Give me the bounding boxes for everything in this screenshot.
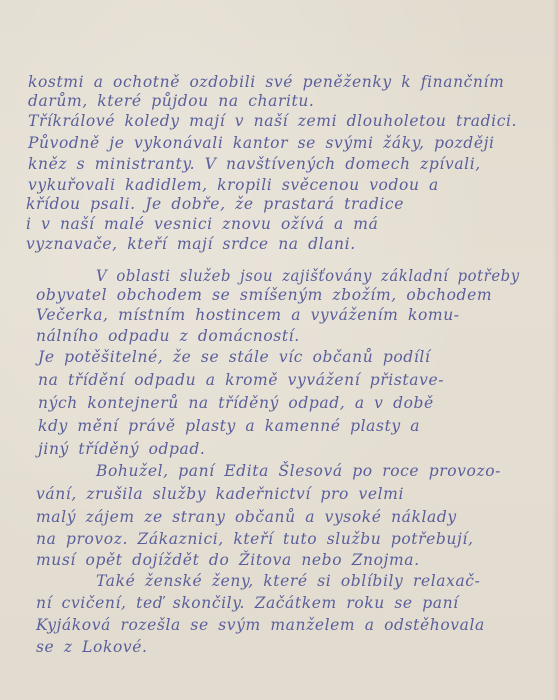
- text-line: vání, zrušila služby kadeřnictví pro vel…: [36, 487, 404, 503]
- text-line: vyznavače, kteří mají srdce na dlani.: [26, 237, 356, 253]
- text-line: kněz s ministranty. V navštívených domec…: [28, 157, 481, 173]
- handwritten-page: kostmi a ochotně ozdobili své peněženky …: [0, 0, 558, 700]
- text-line: Původně je vykonávali kantor se svými žá…: [28, 136, 495, 152]
- text-line: na provoz. Zákaznici, kteří tuto službu …: [36, 532, 474, 548]
- text-line: křídou psali. Je dobře, že prastará trad…: [26, 197, 404, 213]
- text-line: kdy mění právě plasty a kamenné plasty a: [38, 419, 420, 435]
- text-line: se z Lokové.: [36, 640, 148, 656]
- text-line: ných kontejnerů na tříděný odpad, a v do…: [38, 396, 434, 412]
- text-line: nálního odpadu z domácností.: [36, 329, 300, 345]
- text-line: Večerka, místním hostincem a vyvážením k…: [36, 308, 460, 324]
- text-line: Je potěšitelné, že se stále víc občanů p…: [38, 350, 431, 366]
- text-line: vykuřovali kadidlem, kropili svěcenou vo…: [28, 178, 439, 194]
- text-line: ní cvičení, teď skončily. Začátkem roku …: [36, 596, 459, 612]
- text-line: musí opět dojíždět do Žitova nebo Znojma…: [36, 553, 420, 569]
- text-line: obyvatel obchodem se smíšeným zbožím, ob…: [36, 288, 492, 304]
- text-line: jiný tříděný odpad.: [38, 442, 205, 458]
- text-line: Také ženské ženy, které si oblíbily rela…: [96, 574, 480, 590]
- text-line: Kyjáková rozešla se svým manželem a odst…: [36, 618, 485, 634]
- text-line: darům, které půjdou na charitu.: [28, 94, 314, 110]
- page-edge-shadow: [552, 0, 558, 700]
- text-line: na třídění odpadu a kromě vyvážení přist…: [38, 373, 444, 389]
- text-line: kostmi a ochotně ozdobili své peněženky …: [28, 75, 504, 91]
- text-line: malý zájem ze strany občanů a vysoké nák…: [36, 510, 457, 526]
- text-line: i v naší malé vesnici znovu ožívá a má: [26, 217, 378, 233]
- text-line: V oblasti služeb jsou zajišťovány základ…: [96, 269, 520, 285]
- text-line: Tříkrálové koledy mají v naší zemi dlouh…: [28, 114, 517, 130]
- text-line: Bohužel, paní Edita Šlesová po roce prov…: [96, 464, 501, 480]
